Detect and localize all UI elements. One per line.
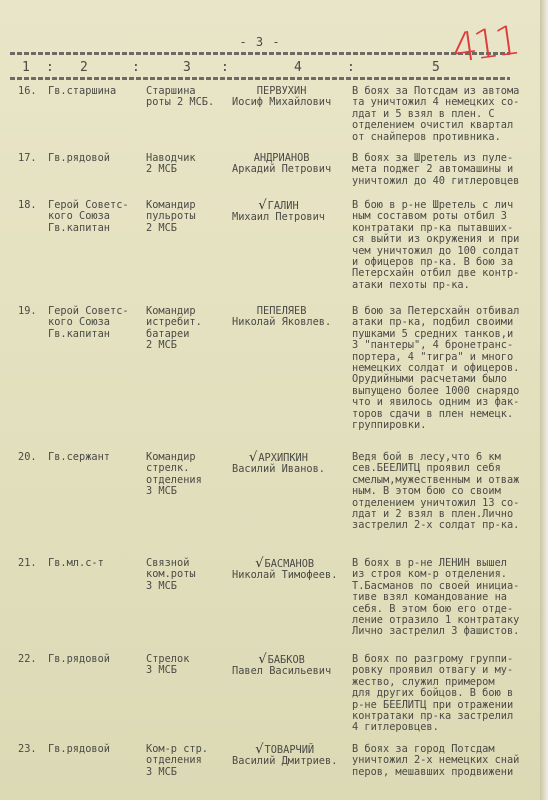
description-line: что и явилось одним из фак- (352, 397, 519, 408)
position-line: роты 2 МСБ. (146, 97, 214, 108)
position-line: 2 МСБ (146, 164, 196, 175)
rank-line: Гв.сержант (48, 452, 110, 463)
entry-number: 21. (18, 558, 37, 569)
entry-number: 19. (18, 306, 37, 317)
description-line: 3 "пантеры", 4 бронетранс- (352, 340, 519, 351)
given-name: Иосиф Михайлович (232, 97, 331, 108)
rank-line: Гв.мл.с-т (48, 558, 104, 569)
entry-number: 20. (18, 452, 37, 463)
col-sep: : (347, 60, 355, 75)
page-edge (540, 0, 548, 800)
surname-text: ТОВАРЧИЙ (265, 744, 315, 756)
col-3-label: 3 (183, 60, 191, 75)
given-name: Михаил Петрович (232, 212, 325, 223)
unit-position: Командирпульроты2 МСБ (146, 200, 196, 234)
person-name: √БАБКОВПавел Васильевич (232, 654, 331, 678)
surname-text: ПЕПЕЛЯЕВ (257, 305, 307, 317)
entry-number: 22. (18, 654, 37, 665)
given-name: Аркадий Петрович (232, 164, 331, 175)
rank-line: Гв.капитан (48, 223, 129, 234)
military-rank: Гв.мл.с-т (48, 558, 104, 569)
unit-position: Старшинароты 2 МСБ. (146, 86, 214, 109)
description-line: отделением очистил квартал (352, 120, 519, 131)
person-name: √ГАЛИНМихаил Петрович (232, 200, 325, 224)
col-sep: : (221, 60, 229, 75)
person-name: ПЕПЕЛЯЕВНиколай Яковлев. (232, 306, 331, 329)
entry-number: 23. (18, 744, 37, 755)
rank-line: Гв.рядовой (48, 654, 110, 665)
given-name: Василий Дмитриев. (232, 756, 337, 767)
position-line: 3 МСБ (146, 767, 208, 778)
description-line: для других бойцов. В бою в (352, 688, 513, 699)
feat-description: В боях за Шретель из пуле-мета поджег 2 … (352, 153, 519, 187)
unit-position: Командиристребит.батареи2 МСБ (146, 306, 202, 352)
col-2-label: 2 (80, 60, 88, 75)
feat-description: В бою за Петерсхайн отбивалатаки пр-ка, … (352, 306, 519, 431)
handwritten-red-mark: 411 (449, 18, 519, 73)
position-line: 3 МСБ (146, 581, 196, 592)
surname-text: БАСМАНОВ (265, 558, 315, 570)
unit-position: Ком-р стр.отделения3 МСБ (146, 744, 208, 778)
surname-text: БАБКОВ (268, 654, 305, 666)
document-page: - 3 - 1 : 2 : 3 : 4 : 5 411 16.Гв.старши… (0, 0, 540, 800)
rank-line: Гв.рядовой (48, 744, 110, 755)
military-rank: Гв.рядовой (48, 654, 110, 665)
rank-line: Гв.старшина (48, 86, 116, 97)
col-4-label: 4 (294, 60, 302, 75)
page-number: - 3 - (0, 35, 520, 49)
unit-position: Связнойком.роты3 МСБ (146, 558, 196, 592)
position-line: 3 МСБ (146, 665, 189, 676)
person-name: √АРХИПКИНВасилий Иванов. (232, 452, 325, 476)
position-line: 2 МСБ (146, 340, 202, 351)
given-name: Николай Тимофеев. (232, 570, 337, 581)
given-name: Николай Яковлев. (232, 317, 331, 328)
feat-description: В боях по разгрому группи-ровку проявил … (352, 654, 513, 734)
description-line: от снайперов противника. (352, 132, 519, 143)
col-sep: : (46, 60, 54, 75)
col-sep: : (132, 60, 140, 75)
military-rank: Гв.рядовой (48, 744, 110, 755)
military-rank: Герой Советс-кого СоюзаГв.капитан (48, 306, 129, 340)
surname-text: ГАЛИН (268, 200, 299, 212)
military-rank: Гв.старшина (48, 86, 116, 97)
person-name: √ТОВАРЧИЙВасилий Дмитриев. (232, 744, 337, 768)
description-line: перов, мешавших продвижени (352, 767, 519, 778)
position-line: 3 МСБ (146, 486, 202, 497)
description-line: застрелил 2-х солдат пр-ка. (352, 520, 519, 531)
description-line: атаки пехоты пр-ка. (352, 280, 519, 291)
unit-position: Стрелок3 МСБ (146, 654, 189, 677)
unit-position: Командирстрелк.отделения3 МСБ (146, 452, 202, 498)
surname-text: АНДРИАНОВ (254, 152, 310, 164)
col-1-label: 1 (22, 60, 30, 75)
description-line: Лично застрелил 3 фашистов. (352, 626, 519, 637)
person-name: АНДРИАНОВАркадий Петрович (232, 153, 331, 176)
description-line: группировки. (352, 420, 519, 431)
description-line: тиве взял командование на (352, 592, 519, 603)
person-name: ПЕРВУХИНИосиф Михайлович (232, 86, 331, 109)
surname-text: АРХИПКИН (258, 452, 308, 464)
entry-number: 17. (18, 153, 37, 164)
feat-description: В бою в р-не Шретель с личным составом р… (352, 200, 519, 291)
feat-description: В боях за Потсдам из автомата уничтожил … (352, 86, 519, 143)
header-rule-bottom (10, 77, 510, 80)
person-name: √БАСМАНОВНиколай Тимофеев. (232, 558, 337, 582)
description-line: ся выйти из окружения и при (352, 234, 519, 245)
feat-description: В боях в р-не ЛЕНИН вышелиз строя ком-р … (352, 558, 519, 638)
feat-description: В боях за город Потсдамуничтожил 2-х нем… (352, 744, 519, 778)
surname-text: ПЕРВУХИН (257, 85, 307, 97)
rank-line: Гв.рядовой (48, 153, 110, 164)
rank-line: Гв.капитан (48, 329, 129, 340)
entry-number: 16. (18, 86, 37, 97)
military-rank: Гв.рядовой (48, 153, 110, 164)
military-rank: Гв.сержант (48, 452, 110, 463)
description-line: уничтожил до 40 гитлеровцев (352, 176, 519, 187)
description-line: 4 гитлеровцев. (352, 722, 513, 733)
entry-number: 18. (18, 200, 37, 211)
military-rank: Герой Советс-кого СоюзаГв.капитан (48, 200, 129, 234)
feat-description: Ведя бой в лесу,что 6 кмсев.БЕЕЛИТЦ проя… (352, 452, 519, 532)
col-5-label: 5 (432, 60, 440, 75)
given-name: Павел Васильевич (232, 666, 331, 677)
given-name: Василий Иванов. (232, 464, 325, 475)
description-line: ным. В этом бою со своим (352, 486, 519, 497)
header-rule-top (10, 52, 510, 55)
unit-position: Наводчик2 МСБ (146, 153, 196, 176)
position-line: 2 МСБ (146, 223, 196, 234)
